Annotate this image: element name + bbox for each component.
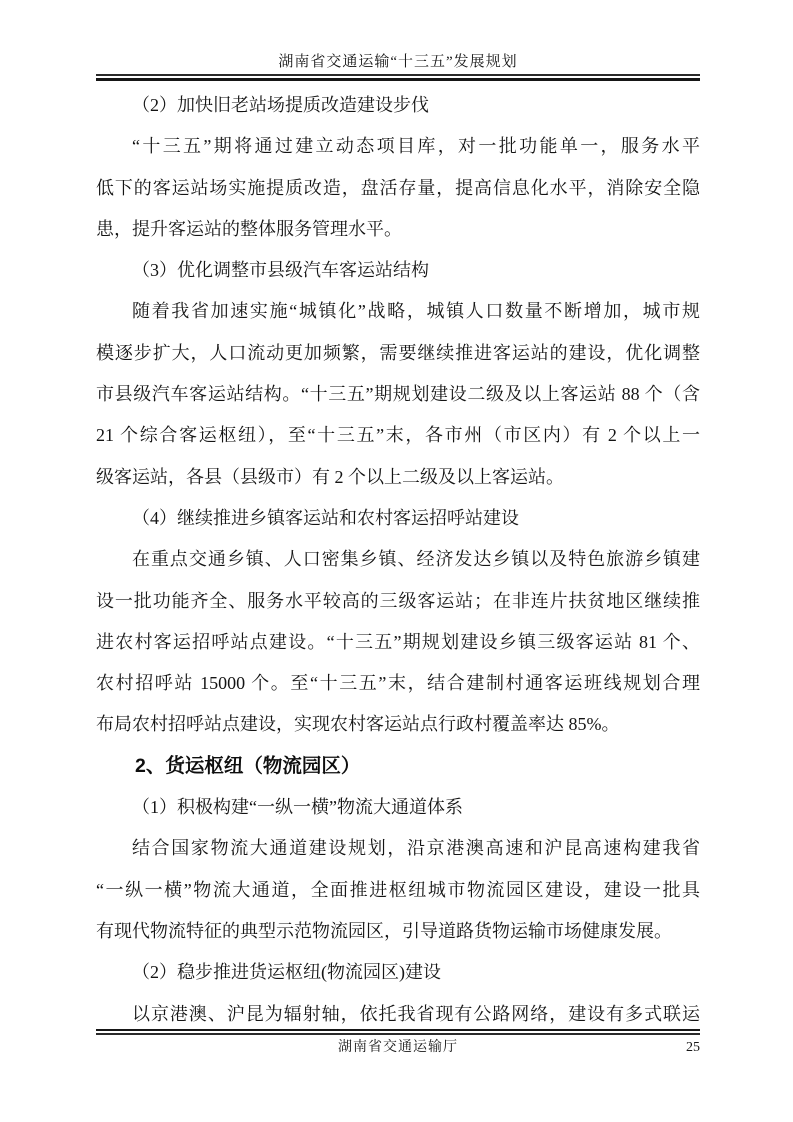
document-page: 湖南省交通运输“十三五”发展规划 （2）加快旧老站场提质改造建设步伐“十三五”期… <box>0 0 793 1122</box>
page-header: 湖南省交通运输“十三五”发展规划 <box>96 52 700 81</box>
body-line: 布局农村招呼站点建设，实现农村客运站点行政村覆盖率达 85%。 <box>96 704 700 745</box>
page-number: 25 <box>686 1038 700 1058</box>
footer-rule <box>96 1029 700 1035</box>
body-line: 农村招呼站 15000 个。至“十三五”末，结合建制村通客运班线规划合理 <box>96 663 700 704</box>
section-heading: 2、货运枢纽（物流园区） <box>96 746 700 787</box>
subheading: （2）加快旧老站场提质改造建设步伐 <box>96 85 700 126</box>
page-footer: 湖南省交通运输厅 25 <box>96 1029 700 1058</box>
body-line: 在重点交通乡镇、人口密集乡镇、经济发达乡镇以及特色旅游乡镇建 <box>96 539 700 580</box>
body-line: 进农村客运招呼站点建设。“十三五”期规划建设乡镇三级客运站 81 个、 <box>96 622 700 663</box>
body-line: “十三五”期将通过建立动态项目库，对一批功能单一，服务水平 <box>96 126 700 167</box>
body-line: 设一批功能齐全、服务水平较高的三级客运站；在非连片扶贫地区继续推 <box>96 581 700 622</box>
subheading: （3）优化调整市县级汽车客运站结构 <box>96 250 700 291</box>
body-line: 级客运站，各县（县级市）有 2 个以上二级及以上客运站。 <box>96 457 700 498</box>
footer-department: 湖南省交通运输厅 <box>96 1038 700 1058</box>
body-line: 随着我省加速实施“城镇化”战略，城镇人口数量不断增加，城市规 <box>96 291 700 332</box>
footer-row: 湖南省交通运输厅 25 <box>96 1038 700 1058</box>
document-body: （2）加快旧老站场提质改造建设步伐“十三五”期将通过建立动态项目库，对一批功能单… <box>96 85 700 1035</box>
footer-rule-thin-line <box>96 1033 700 1035</box>
body-line: 患，提升客运站的整体服务管理水平。 <box>96 209 700 250</box>
body-line: “一纵一横”物流大通道，全面推进枢纽城市物流园区建设，建设一批具 <box>96 870 700 911</box>
body-line: 21 个综合客运枢纽），至“十三五”末，各市州（市区内）有 2 个以上一 <box>96 415 700 456</box>
header-title: 湖南省交通运输“十三五”发展规划 <box>96 52 700 72</box>
body-line: 结合国家物流大通道建设规划，沿京港澳高速和沪昆高速构建我省 <box>96 828 700 869</box>
subheading: （2）稳步推进货运枢纽(物流园区)建设 <box>96 952 700 993</box>
header-rule <box>96 74 700 81</box>
body-line: 模逐步扩大，人口流动更加频繁，需要继续推进客运站的建设，优化调整 <box>96 333 700 374</box>
subheading: （4）继续推进乡镇客运站和农村客运招呼站建设 <box>96 498 700 539</box>
body-line: 有现代物流特征的典型示范物流园区，引导道路货物运输市场健康发展。 <box>96 911 700 952</box>
body-line: 低下的客运站场实施提质改造，盘活存量，提高信息化水平，消除安全隐 <box>96 168 700 209</box>
header-rule-thick-line <box>96 78 700 81</box>
subheading: （1）积极构建“一纵一横”物流大通道体系 <box>96 787 700 828</box>
body-line: 市县级汽车客运站结构。“十三五”期规划建设二级及以上客运站 88 个（含 <box>96 374 700 415</box>
